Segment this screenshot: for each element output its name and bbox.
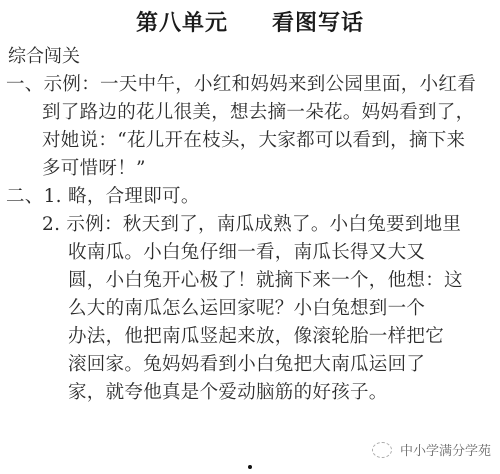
- page-dot: [248, 465, 252, 469]
- text-line: 多可惜呀！”: [42, 154, 146, 180]
- wechat-icon: [372, 442, 392, 458]
- unit-label: 第八单元: [136, 11, 228, 36]
- text-line: 家，就夸他真是个爱动脑筋的好孩子。: [68, 378, 388, 404]
- text-line: 办法，他把南瓜竖起来放，像滚轮胎一样把它: [68, 322, 444, 348]
- text-line: 一、示例：一天中午，小红和妈妈来到公园里面，小红看: [6, 70, 476, 96]
- text-line: 到了路边的花儿很美，想去摘一朵花。妈妈看到了，: [42, 98, 474, 124]
- text-line: 对她说：“花儿开在枝头，大家都可以看到，摘下来: [42, 126, 465, 152]
- page-title: 第八单元看图写话: [0, 6, 500, 37]
- watermark: 中小学满分学苑: [372, 440, 491, 459]
- section-heading: 综合闯关: [8, 42, 80, 68]
- text-line: 滚回家。兔妈妈看到小白兔把大南瓜运回了: [68, 350, 425, 376]
- text-line: 收南瓜。小白兔仔细一看，南瓜长得又大又: [68, 238, 425, 264]
- text-line: 2. 示例：秋天到了，南瓜成熟了。小白兔要到地里: [42, 210, 461, 236]
- watermark-text: 中小学满分学苑: [400, 440, 491, 459]
- text-line: 圆，小白兔开心极了！就摘下来一个，他想：这: [68, 266, 463, 292]
- text-line: 么大的南瓜怎么运回家呢？小白兔想到一个: [68, 294, 425, 320]
- topic-label: 看图写话: [272, 11, 364, 36]
- text-line: 二、1. 略，合理即可。: [6, 182, 200, 208]
